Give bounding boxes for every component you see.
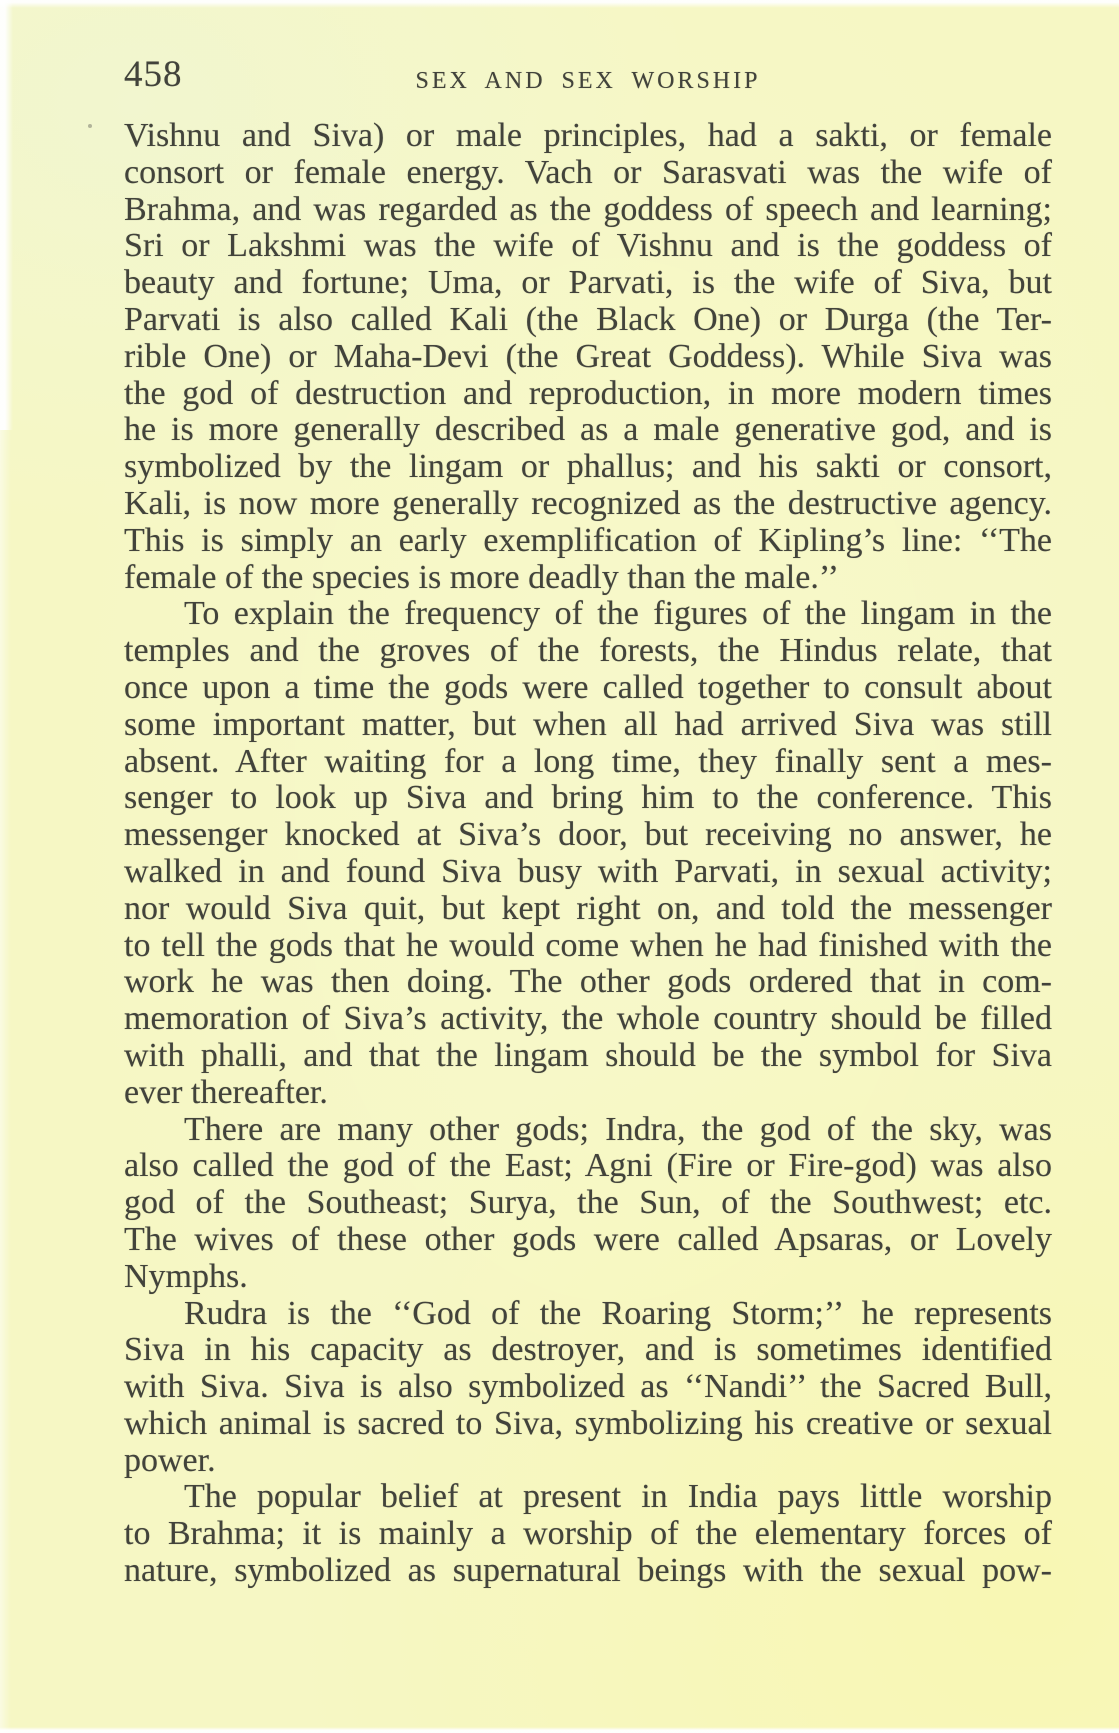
body-line: Siva in his capacity as destroyer, and i… xyxy=(124,1332,1052,1369)
body-line: nor would Siva quit, but kept right on, … xyxy=(124,891,1052,928)
body-line: absent. After waiting for a long time, t… xyxy=(124,744,1052,781)
scan-edge-top xyxy=(0,0,1119,8)
body-line: power. xyxy=(124,1443,1052,1480)
body-line: also called the god of the East; Agni (F… xyxy=(124,1148,1052,1185)
body-line: Vishnu and Siva) or male principles, had… xyxy=(124,118,1052,155)
running-title: SEX AND SEX WORSHIP xyxy=(124,69,1052,93)
body-line: once upon a time the gods were called to… xyxy=(124,670,1052,707)
body-line: rible One) or Maha-Devi (the Great Godde… xyxy=(124,339,1052,376)
body-line: beauty and fortune; Uma, or Parvati, is … xyxy=(124,265,1052,302)
body-line: senger to look up Siva and bring him to … xyxy=(124,780,1052,817)
body-text: Vishnu and Siva) or male principles, had… xyxy=(124,118,1052,1590)
body-line: Kali, is now more generally recognized a… xyxy=(124,486,1052,523)
body-line: to Brahma; it is mainly a worship of the… xyxy=(124,1516,1052,1553)
body-line: he is more generally described as a male… xyxy=(124,412,1052,449)
body-line: some important matter, but when all had … xyxy=(124,707,1052,744)
body-line: Rudra is the ‘‘God of the Roaring Storm;… xyxy=(124,1296,1052,1333)
scan-edge-left-top xyxy=(0,0,13,430)
body-line: nature, symbolized as supernatural being… xyxy=(124,1553,1052,1590)
body-line: temples and the groves of the forests, t… xyxy=(124,633,1052,670)
scan-edge-bottom xyxy=(0,1727,1119,1733)
body-line: ever thereafter. xyxy=(124,1075,1052,1112)
body-line: to tell the gods that he would come when… xyxy=(124,928,1052,965)
body-line: the god of destruction and reproduction,… xyxy=(124,376,1052,413)
body-line: messenger knocked at Siva’s door, but re… xyxy=(124,817,1052,854)
body-line: god of the Southeast; Surya, the Sun, of… xyxy=(124,1185,1052,1222)
body-line: symbolized by the lingam or phallus; and… xyxy=(124,449,1052,486)
body-line: which animal is sacred to Siva, symboliz… xyxy=(124,1406,1052,1443)
body-line: There are many other gods; Indra, the go… xyxy=(124,1112,1052,1149)
paragraph: There are many other gods; Indra, the go… xyxy=(124,1112,1052,1296)
scanned-book-page: 458 SEX AND SEX WORSHIP Vishnu and Siva)… xyxy=(0,0,1119,1733)
body-line: work he was then doing. The other gods o… xyxy=(124,964,1052,1001)
body-line: with Siva. Siva is also symbolized as ‘‘… xyxy=(124,1369,1052,1406)
body-line: walked in and found Siva busy with Parva… xyxy=(124,854,1052,891)
scan-edge-left xyxy=(0,400,11,1733)
ink-speck xyxy=(88,124,92,128)
paragraph: Rudra is the ‘‘God of the Roaring Storm;… xyxy=(124,1296,1052,1480)
body-line: Sri or Lakshmi was the wife of Vishnu an… xyxy=(124,228,1052,265)
body-line: To explain the frequency of the figures … xyxy=(124,596,1052,633)
body-line: The popular belief at present in India p… xyxy=(124,1479,1052,1516)
body-line: Brahma, and was regarded as the goddess … xyxy=(124,192,1052,229)
body-line: with phalli, and that the lingam should … xyxy=(124,1038,1052,1075)
body-line: Nymphs. xyxy=(124,1259,1052,1296)
paragraph: Vishnu and Siva) or male principles, had… xyxy=(124,118,1052,596)
paragraph: To explain the frequency of the figures … xyxy=(124,596,1052,1111)
body-line: memoration of Siva’s activity, the whole… xyxy=(124,1001,1052,1038)
body-line: This is simply an early exemplification … xyxy=(124,523,1052,560)
body-line: Parvati is also called Kali (the Black O… xyxy=(124,302,1052,339)
body-line: consort or female energy. Vach or Sarasv… xyxy=(124,155,1052,192)
paragraph: The popular belief at present in India p… xyxy=(124,1479,1052,1589)
body-line: The wives of these other gods were calle… xyxy=(124,1222,1052,1259)
body-line: female of the species is more deadly tha… xyxy=(124,560,1052,597)
